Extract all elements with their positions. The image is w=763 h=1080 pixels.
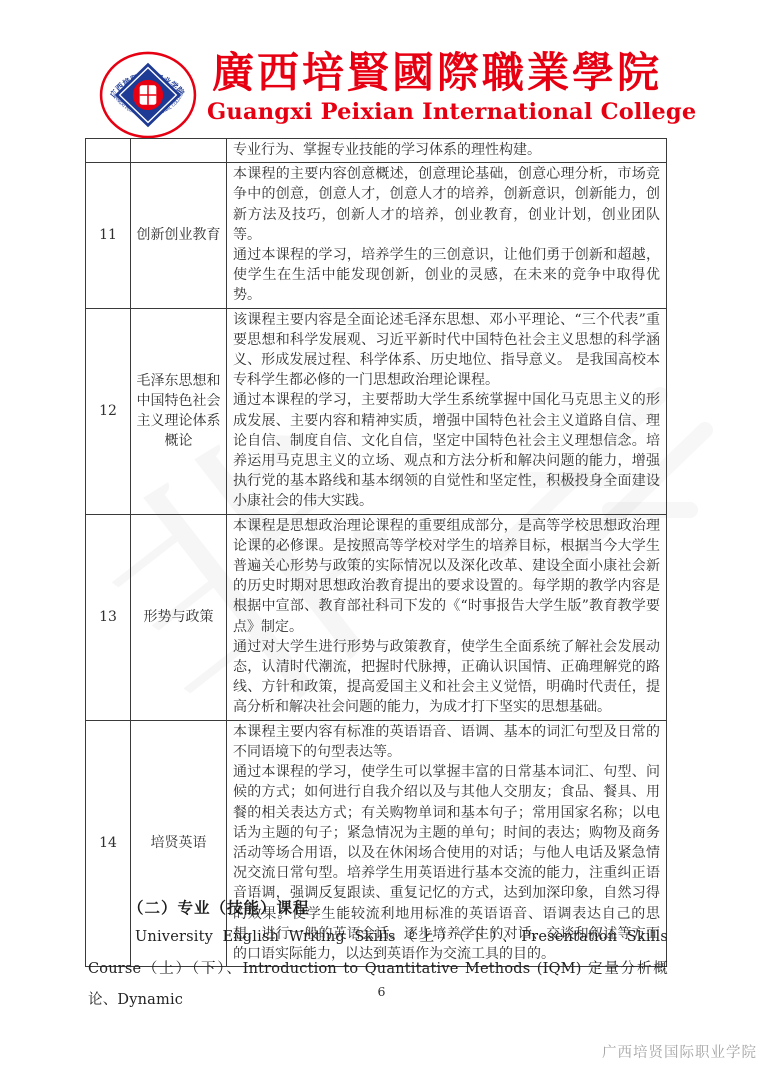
section-paragraph: University English Writing Skills（上）（下）、…	[88, 922, 668, 1017]
course-desc-paragraph: 本课程主要内容有标准的英语语音、语调、基本的词汇句型及日常的不同语境下的句型表达…	[233, 722, 660, 762]
courses-table: 专业行为、掌握专业技能的学习体系的理性构建。 11 创新创业教育 本课程的主要内…	[85, 138, 667, 967]
course-desc-paragraph: 该课程主要内容是全面论述毛泽东思想、邓小平理论、“三个代表”重要思想和科学发展观…	[233, 310, 660, 391]
course-name-cell: 形势与政策	[131, 515, 227, 720]
course-desc-paragraph: 专业行为、掌握专业技能的学习体系的理性构建。	[233, 140, 660, 160]
course-name-cell	[131, 139, 227, 162]
table-row-12: 12 毛泽东思想和中国特色社会主义理论体系概论 该课程主要内容是全面论述毛泽东思…	[86, 308, 666, 514]
course-desc-cell: 本课程的主要内容创意概述，创意理论基础，创意心理分析，市场竞争中的创意，创意人才…	[227, 163, 666, 307]
row-number-cell: 12	[86, 309, 131, 514]
course-desc-paragraph: 通过本课程的学习，培养学生的三创意识，让他们勇于创新和超越，使学生在生活中能发现…	[233, 245, 660, 306]
table-row-11: 11 创新创业教育 本课程的主要内容创意概述，创意理论基础，创意心理分析，市场竞…	[86, 162, 666, 307]
college-name-calligraphy: 廣西培賢國際職業學院	[207, 50, 667, 96]
table-row-continued: 专业行为、掌握专业技能的学习体系的理性构建。	[86, 139, 666, 162]
footer-college-name: 广西培贤国际职业学院	[602, 1041, 757, 1062]
course-desc-paragraph: 本课程是思想政治理论课程的重要组成部分，是高等学校思想政治理论课的必修课。是按照…	[233, 516, 660, 637]
section-heading: （二）专业（技能）课程	[128, 896, 310, 918]
college-logo: 广西培贤国际职业学院 GUANGXI PEIXIAN INTERNATIONAL…	[98, 51, 198, 139]
table-row-13: 13 形势与政策 本课程是思想政治理论课程的重要组成部分，是高等学校思想政治理论…	[86, 514, 666, 720]
college-name-english: Guangxi Peixian International College	[207, 99, 667, 125]
row-number-cell: 13	[86, 515, 131, 720]
course-name-cell: 毛泽东思想和中国特色社会主义理论体系概论	[131, 309, 227, 514]
course-name-cell: 创新创业教育	[131, 163, 227, 307]
document-page: 非 广西培贤国际职业学院 GUANGXI PEIXIAN INTERNATION…	[0, 0, 763, 1080]
course-desc-cell: 本课程是思想政治理论课程的重要组成部分，是高等学校思想政治理论课的必修课。是按照…	[227, 515, 666, 720]
page-number: 6	[0, 984, 763, 999]
course-desc-cell: 该课程主要内容是全面论述毛泽东思想、邓小平理论、“三个代表”重要思想和科学发展观…	[227, 309, 666, 514]
course-desc-paragraph: 通过本课程的学习，主要帮助大学生系统掌握中国化马克思主义的形成发展、主要内容和精…	[233, 390, 660, 511]
course-desc-paragraph: 通过对大学生进行形势与政策教育，使学生全面系统了解社会发展动态，认清时代潮流，把…	[233, 637, 660, 718]
row-number-cell	[86, 139, 131, 162]
course-desc-cell: 专业行为、掌握专业技能的学习体系的理性构建。	[227, 139, 666, 162]
row-number-cell: 11	[86, 163, 131, 307]
course-desc-paragraph: 本课程的主要内容创意概述，创意理论基础，创意心理分析，市场竞争中的创意，创意人才…	[233, 164, 660, 245]
